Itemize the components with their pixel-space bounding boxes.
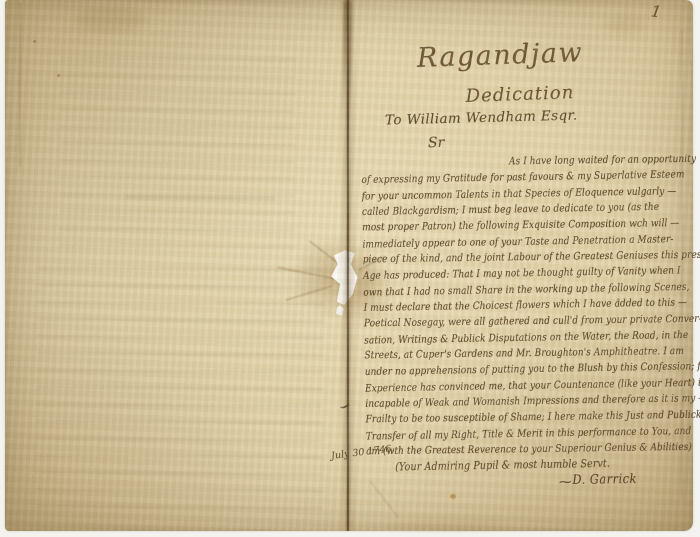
show-through-text-upper bbox=[59, 57, 295, 249]
salutation: Sr bbox=[428, 135, 445, 152]
page-number: 1 bbox=[650, 1, 663, 21]
stain bbox=[385, 520, 505, 530]
signature-flourish: ~ bbox=[558, 475, 574, 491]
crease-left-edge bbox=[19, 2, 21, 167]
manuscript-subtitle: Dedication bbox=[370, 79, 671, 110]
addressee-line: To William Wendham Esqr. bbox=[385, 107, 578, 128]
dedication-body: As I have long waited for an opportunity… bbox=[361, 150, 697, 492]
stain bbox=[605, 16, 645, 34]
signature-text: D. Garrick bbox=[572, 472, 637, 488]
manuscript-title: Ragandjaw bbox=[350, 35, 651, 76]
manuscript-spread: 1 Ragandjaw Dedication To William Wendha… bbox=[5, 0, 693, 531]
show-through-text-lower bbox=[36, 267, 324, 521]
rust-spot bbox=[450, 494, 456, 499]
